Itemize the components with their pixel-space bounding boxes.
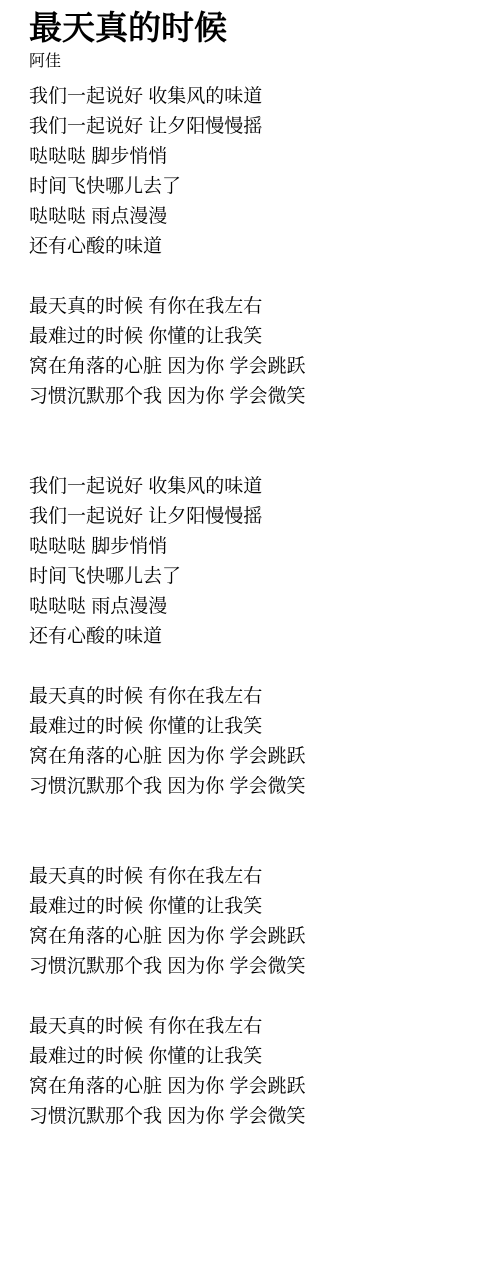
lyric-line: 最难过的时候 你懂的让我笑	[29, 892, 480, 922]
lyric-line: 最天真的时候 有你在我左右	[29, 292, 480, 322]
lyric-line: 窝在角落的心脏 因为你 学会跳跃	[29, 1072, 480, 1102]
stanza: 我们一起说好 收集风的味道我们一起说好 让夕阳慢慢摇哒哒哒 脚步悄悄时间飞快哪儿…	[29, 82, 480, 262]
lyric-line: 哒哒哒 雨点漫漫	[29, 592, 480, 622]
lyric-line: 还有心酸的味道	[29, 622, 480, 652]
lyric-line: 我们一起说好 让夕阳慢慢摇	[29, 502, 480, 532]
lyric-line: 时间飞快哪儿去了	[29, 562, 480, 592]
stanza: 最天真的时候 有你在我左右最难过的时候 你懂的让我笑窝在角落的心脏 因为你 学会…	[29, 682, 480, 802]
lyric-line: 我们一起说好 收集风的味道	[29, 472, 480, 502]
lyric-line: 哒哒哒 雨点漫漫	[29, 202, 480, 232]
lyric-line: 最难过的时候 你懂的让我笑	[29, 1042, 480, 1072]
lyric-line: 时间飞快哪儿去了	[29, 172, 480, 202]
lyric-line: 习惯沉默那个我 因为你 学会微笑	[29, 382, 480, 412]
lyric-line: 习惯沉默那个我 因为你 学会微笑	[29, 952, 480, 982]
song-title: 最天真的时候	[29, 6, 480, 50]
lyric-line: 还有心酸的味道	[29, 232, 480, 262]
lyric-line: 哒哒哒 脚步悄悄	[29, 142, 480, 172]
lyric-line: 习惯沉默那个我 因为你 学会微笑	[29, 772, 480, 802]
lyric-line: 最难过的时候 你懂的让我笑	[29, 322, 480, 352]
stanza: 最天真的时候 有你在我左右最难过的时候 你懂的让我笑窝在角落的心脏 因为你 学会…	[29, 1012, 480, 1132]
lyric-line: 窝在角落的心脏 因为你 学会跳跃	[29, 352, 480, 382]
lyric-line: 我们一起说好 让夕阳慢慢摇	[29, 112, 480, 142]
lyric-line: 最难过的时候 你懂的让我笑	[29, 712, 480, 742]
lyric-line: 窝在角落的心脏 因为你 学会跳跃	[29, 922, 480, 952]
stanza: 最天真的时候 有你在我左右最难过的时候 你懂的让我笑窝在角落的心脏 因为你 学会…	[29, 862, 480, 982]
lyric-line: 最天真的时候 有你在我左右	[29, 1012, 480, 1042]
stanza: 最天真的时候 有你在我左右最难过的时候 你懂的让我笑窝在角落的心脏 因为你 学会…	[29, 292, 480, 412]
stanza: 我们一起说好 收集风的味道我们一起说好 让夕阳慢慢摇哒哒哒 脚步悄悄时间飞快哪儿…	[29, 472, 480, 652]
lyric-line: 窝在角落的心脏 因为你 学会跳跃	[29, 742, 480, 772]
artist-name: 阿佳	[29, 52, 480, 72]
lyrics-page: 最天真的时候 阿佳 我们一起说好 收集风的味道我们一起说好 让夕阳慢慢摇哒哒哒 …	[0, 0, 500, 1132]
lyric-line: 最天真的时候 有你在我左右	[29, 862, 480, 892]
lyric-line: 哒哒哒 脚步悄悄	[29, 532, 480, 562]
lyric-line: 我们一起说好 收集风的味道	[29, 82, 480, 112]
lyrics: 我们一起说好 收集风的味道我们一起说好 让夕阳慢慢摇哒哒哒 脚步悄悄时间飞快哪儿…	[29, 82, 480, 1132]
lyric-line: 最天真的时候 有你在我左右	[29, 682, 480, 712]
lyric-line: 习惯沉默那个我 因为你 学会微笑	[29, 1102, 480, 1132]
